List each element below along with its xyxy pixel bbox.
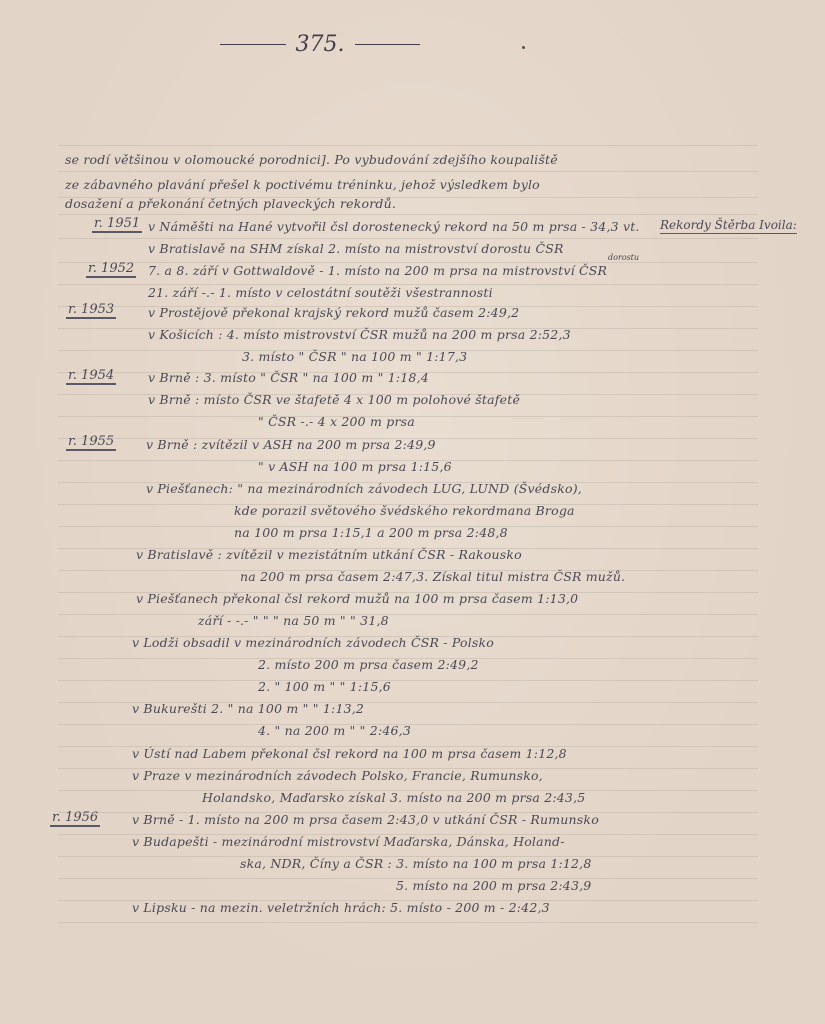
divider [220, 44, 286, 46]
record-entry: kde porazil světového švédského rekordma… [234, 503, 575, 518]
record-entry: v Brně : místo ČSR ve štafetě 4 x 100 m … [148, 392, 520, 407]
record-entry: v Brně : zvítězil v ASH na 200 m prsa 2:… [146, 437, 436, 452]
record-entry: v Košicích : 4. místo mistrovství ČSR mu… [148, 327, 571, 342]
record-entry: na 200 m prsa časem 2:47,3. Získal titul… [240, 569, 625, 584]
superscript-note: dorostu [608, 253, 639, 262]
record-entry: 7. a 8. září v Gottwaldově - 1. místo na… [148, 263, 607, 278]
year-label: r. 1954 [66, 369, 116, 385]
record-entry: " v ASH na 100 m prsa 1:15,6 [258, 459, 452, 474]
record-entry: v Prostějově překonal krajský rekord muž… [148, 305, 519, 320]
sidenote-heading: Rekordy Štěrba Ivoila: [660, 218, 797, 234]
year-label: r. 1956 [50, 811, 100, 827]
year-label: r. 1953 [66, 303, 116, 319]
record-entry: v Lipsku - na mezin. veletržních hrách: … [132, 900, 550, 915]
record-entry: ska, NDR, Číny a ČSR : 3. místo na 100 m… [240, 856, 592, 871]
record-entry: " ČSR -.- 4 x 200 m prsa [258, 414, 415, 429]
ruled-line [58, 171, 758, 172]
record-entry: v Budapešti - mezinárodní mistrovství Ma… [132, 834, 565, 849]
year-label: r. 1951 [92, 217, 142, 233]
ruled-line [58, 145, 758, 146]
record-entry: v Praze v mezinárodních závodech Polsko,… [132, 768, 543, 783]
record-entry: v Náměšti na Hané vytvořil čsl dorostene… [148, 219, 640, 234]
record-entry: září - -.- " " " na 50 m " " 31,8 [198, 613, 389, 628]
ruled-line [58, 680, 758, 681]
ruled-line [58, 238, 758, 239]
intro-line: se rodí většinou v olomoucké porodnici].… [65, 152, 558, 167]
record-entry: 3. místo " ČSR " na 100 m " 1:17,3 [242, 349, 467, 364]
record-entry: v Bratislavě na SHM získal 2. místo na m… [148, 241, 564, 256]
year-label: r. 1955 [66, 435, 116, 451]
record-entry: v Lodži obsadil v mezinárodních závodech… [132, 635, 494, 650]
year-label: r. 1952 [86, 262, 136, 278]
record-entry: 5. místo na 200 m prsa 2:43,9 [396, 878, 591, 893]
record-entry: v Bratislavě : zvítězil v mezistátním ut… [136, 547, 522, 562]
document-page: 375. se rodí většinou v olomoucké porodn… [0, 0, 825, 1024]
record-entry: 2. místo 200 m prsa časem 2:49,2 [258, 657, 479, 672]
ink-dot [522, 46, 525, 49]
intro-line: ze zábavného plavání přešel k poctivému … [65, 177, 540, 192]
record-entry: v Ústí nad Labem překonal čsl rekord na … [132, 746, 567, 761]
page-number-header: 375. [220, 32, 420, 57]
divider [355, 44, 421, 46]
ruled-line [58, 614, 758, 615]
record-entry: 2. " 100 m " " 1:15,6 [258, 679, 391, 694]
ruled-line [58, 922, 758, 923]
record-entry: v Piešťanech: " na mezinárodních závodec… [146, 481, 582, 496]
ruled-line [58, 214, 758, 215]
record-entry: na 100 m prsa 1:15,1 a 200 m prsa 2:48,8 [234, 525, 508, 540]
record-entry: v Bukurešti 2. " na 100 m " " 1:13,2 [132, 701, 364, 716]
page-number: 375. [292, 32, 349, 57]
record-entry: v Piešťanech překonal čsl rekord mužů na… [136, 591, 578, 606]
record-entry: v Brně - 1. místo na 200 m prsa časem 2:… [132, 812, 599, 827]
intro-line: dosažení a překonání četných plaveckých … [65, 196, 396, 211]
record-entry: 4. " na 200 m " " 2:46,3 [258, 723, 411, 738]
record-entry: Holandsko, Maďarsko získal 3. místo na 2… [202, 790, 585, 805]
record-entry: v Brně : 3. místo " ČSR " na 100 m " 1:1… [148, 370, 429, 385]
record-entry: 21. září -.- 1. místo v celostátní soutě… [148, 285, 493, 300]
